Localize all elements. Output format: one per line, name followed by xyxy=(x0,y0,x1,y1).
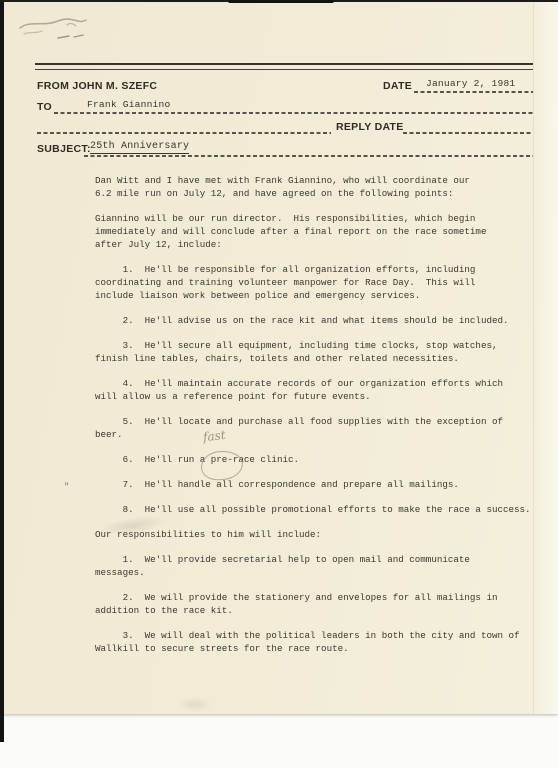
subject-value: 25th Anniversary xyxy=(90,141,189,154)
memo-paragraph: 1. We'll provide secretarial help to ope… xyxy=(95,553,555,579)
memo-paragraph: 1. He'll be responsible for all organiza… xyxy=(95,263,555,302)
date-label: DATE xyxy=(383,80,412,92)
memo-paragraph: 3. He'll secure all equipment, including… xyxy=(95,339,555,365)
to-fill-line xyxy=(54,112,533,114)
memo-paragraph: 2. He'll advise us on the race kit and w… xyxy=(95,314,555,327)
header-double-rule xyxy=(35,63,533,70)
pencil-scribble-marks xyxy=(12,8,122,46)
memo-paragraph: 5. He'll locate and purchase all food su… xyxy=(95,415,555,441)
reply-fill-line-right xyxy=(403,132,533,134)
reply-date-label: REPLY DATE xyxy=(336,121,404,133)
memo-paragraph: 2. We will provide the stationery and en… xyxy=(95,591,555,617)
memo-paragraph: 3. We will deal with the political leade… xyxy=(95,629,555,655)
date-value: January 2, 1981 xyxy=(426,78,515,89)
from-label: FROM JOHN M. SZEFC xyxy=(37,80,157,92)
date-fill-line xyxy=(414,91,533,93)
subject-fill-line xyxy=(84,155,533,157)
scan-edge-artifact xyxy=(228,0,334,3)
memo-body: Dan Witt and I have met with Frank Giann… xyxy=(95,174,555,667)
memo-paragraph: Dan Witt and I have met with Frank Giann… xyxy=(95,174,555,200)
subject-label: SUBJECT: xyxy=(37,143,91,155)
to-value: Frank Giannino xyxy=(87,99,170,110)
scan-edge-left xyxy=(0,0,4,742)
to-label: TO xyxy=(37,101,52,113)
scanned-memo-document: FROM JOHN M. SZEFC DATE January 2, 1981 … xyxy=(0,0,558,768)
handwritten-pencil-word: fast xyxy=(202,428,226,444)
memo-paragraph: 7. He'll handle all correspondence and p… xyxy=(95,478,555,491)
reply-fill-line-left xyxy=(37,132,331,134)
margin-stray-mark: " xyxy=(64,482,69,492)
memo-paragraph: Our responsibilities to him will include… xyxy=(95,528,555,541)
memo-paragraph: Giannino will be our run director. His r… xyxy=(95,212,555,251)
memo-paragraph: 4. He'll maintain accurate records of ou… xyxy=(95,377,555,403)
pencil-smudge xyxy=(178,697,212,712)
memo-paragraph: 6. He'll run a pre-race clinic. xyxy=(95,453,555,466)
memo-page: FROM JOHN M. SZEFC DATE January 2, 1981 … xyxy=(2,2,558,714)
